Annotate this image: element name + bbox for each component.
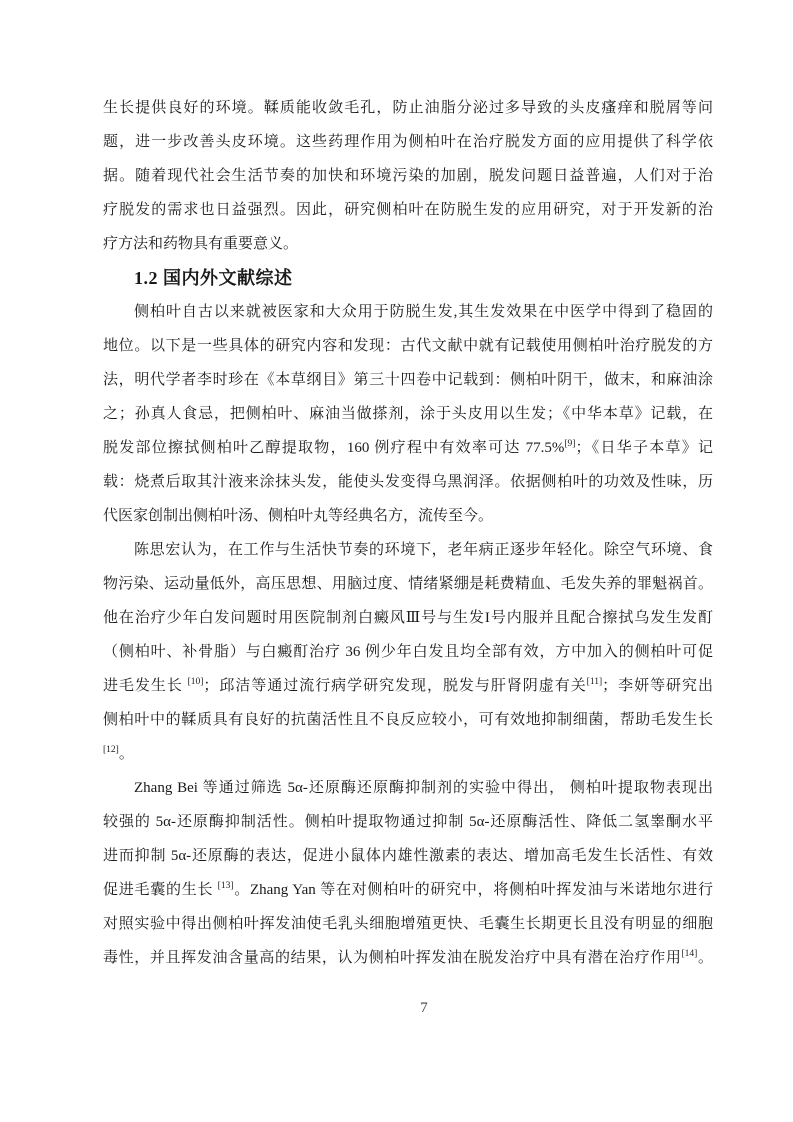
text-line: 陈思宏认为，在工作与生活快节奏的环境下，老年病正逐步年轻化。除空气环境、食 [103, 533, 713, 567]
text-line: 疗脱发的需求也日益强烈。因此，研究侧柏叶在防脱生发的应用研究，对于开发新的治 [103, 193, 713, 227]
text-line: 促进毛囊的生长 [13]。Zhang Yan 等在对侧柏叶的研究中，将侧柏叶挥发… [103, 873, 713, 907]
text-line: 他在治疗少年白发问题时用医院制剂白癜风Ⅲ号与生发I号内服并且配合擦拭乌发生发酊 [103, 601, 713, 635]
text-segment: Zhang Bei 等通过筛选 5α-还原酶还原酶抑制剂的实验中得出， 侧柏叶提… [134, 780, 713, 796]
text-segment: 毒性，并且挥发油含量高的结果，认为侧柏叶挥发油在脱发治疗中具有潜在治疗作用 [103, 950, 682, 966]
text-line: 生长提供良好的环境。鞣质能收敛毛孔，防止油脂分泌过多导致的头皮瘙痒和脱屑等问 [103, 91, 713, 125]
text-segment: 。 [119, 746, 134, 762]
text-segment: 较强的 5α-还原酶抑制活性。侧柏叶提取物通过抑制 5α-还原酶活性、降低二氢睾… [103, 814, 713, 830]
text-segment: 之；孙真人食忌，把侧柏叶、麻油当做搽剂，涂于头皮用以生发；《中华本草》记载，在 [103, 406, 713, 422]
text-segment: 对照实验中得出侧柏叶挥发油使毛乳头细胞增殖更快、毛囊生长期更长且没有明显的细胞 [103, 916, 713, 932]
citation-ref: [9] [564, 439, 575, 449]
text-segment: 促进毛囊的生长 [103, 882, 218, 898]
page-number: 7 [103, 997, 713, 1019]
citation-ref: [10] [188, 677, 204, 687]
text-line: （侧柏叶、补骨脂）与白癜酊治疗 36 例少年白发且均全部有效，方中加入的侧柏叶可… [103, 635, 713, 669]
text-segment: 疗脱发的需求也日益强烈。因此，研究侧柏叶在防脱生发的应用研究，对于开发新的治 [103, 202, 713, 218]
document-screenshot: { "colors": { "background": "#ffffff", "… [0, 0, 793, 1122]
text-segment: 生长提供良好的环境。鞣质能收敛毛孔，防止油脂分泌过多导致的头皮瘙痒和脱屑等问 [103, 100, 713, 116]
text-line: Zhang Bei 等通过筛选 5α-还原酶还原酶抑制剂的实验中得出， 侧柏叶提… [103, 771, 713, 805]
section-heading: 1.2 国内外文献综述 [103, 261, 713, 295]
text-line: [12]。 [103, 737, 713, 771]
text-line: 法，明代学者李时珍在《本草纲目》第三十四卷中记载到：侧柏叶阴干，做末，和麻油涂 [103, 363, 713, 397]
text-segment: 据。随着现代社会生活节奏的加快和环境污染的加剧，脱发问题日益普遍，人们对于治 [103, 168, 713, 184]
text-line: 侧柏叶自古以来就被医家和大众用于防脱生发,其生发效果在中医学中得到了稳固的 [103, 295, 713, 329]
text-segment: 侧柏叶自古以来就被医家和大众用于防脱生发,其生发效果在中医学中得到了稳固的 [134, 304, 713, 320]
text-line: 侧柏叶中的鞣质具有良好的抗菌活性且不良反应较小，可有效地抑制细菌，帮助毛发生长 [103, 703, 713, 737]
text-segment: 代医家创制出侧柏叶汤、侧柏叶丸等经典名方，流传至今。 [103, 508, 493, 524]
text-line: 地位。以下是一些具体的研究内容和发现：古代文献中就有记载使用侧柏叶治疗脱发的方 [103, 329, 713, 363]
text-segment: 疗方法和药物具有重要意义。 [103, 236, 298, 252]
text-line: 据。随着现代社会生活节奏的加快和环境污染的加剧，脱发问题日益普遍，人们对于治 [103, 159, 713, 193]
text-segment: 。Zhang Yan 等在对侧柏叶的研究中，将侧柏叶挥发油与米诺地尔进行 [234, 882, 713, 898]
paragraph: 侧柏叶自古以来就被医家和大众用于防脱生发,其生发效果在中医学中得到了稳固的地位。… [103, 295, 713, 533]
text-line: 之；孙真人食忌，把侧柏叶、麻油当做搽剂，涂于头皮用以生发；《中华本草》记载，在 [103, 397, 713, 431]
text-segment: 进毛发生长 [103, 678, 188, 694]
text-line: 代医家创制出侧柏叶汤、侧柏叶丸等经典名方，流传至今。 [103, 499, 713, 533]
paragraph: Zhang Bei 等通过筛选 5α-还原酶还原酶抑制剂的实验中得出， 侧柏叶提… [103, 771, 713, 975]
text-line: 较强的 5α-还原酶抑制活性。侧柏叶提取物通过抑制 5α-还原酶活性、降低二氢睾… [103, 805, 713, 839]
citation-ref: [11] [587, 677, 602, 687]
page: 生长提供良好的环境。鞣质能收敛毛孔，防止油脂分泌过多导致的头皮瘙痒和脱屑等问题，… [0, 0, 793, 1122]
text-line: 物污染、运动量低外，高压思想、用脑过度、情绪紧绷是耗费精血、毛发失养的罪魁祸首。 [103, 567, 713, 601]
text-segment: 侧柏叶中的鞣质具有良好的抗菌活性且不良反应较小，可有效地抑制细菌，帮助毛发生长 [103, 712, 713, 728]
text-segment: 载：烧煮后取其汁液来涂抹头发，能使头发变得乌黑润泽。依据侧柏叶的功效及性味，历 [103, 474, 713, 490]
text-segment: 脱发部位擦拭侧柏叶乙醇提取物，160 例疗程中有效率可达 77.5% [103, 440, 564, 456]
text-segment: 物污染、运动量低外，高压思想、用脑过度、情绪紧绷是耗费精血、毛发失养的罪魁祸首。 [103, 576, 713, 592]
text-line: 脱发部位擦拭侧柏叶乙醇提取物，160 例疗程中有效率可达 77.5%[9]；《日… [103, 431, 713, 465]
text-line: 疗方法和药物具有重要意义。 [103, 227, 713, 261]
text-segment: 地位。以下是一些具体的研究内容和发现：古代文献中就有记载使用侧柏叶治疗脱发的方 [103, 338, 713, 354]
text-segment: 陈思宏认为，在工作与生活快节奏的环境下，老年病正逐步年轻化。除空气环境、食 [134, 542, 713, 558]
text-line: 毒性，并且挥发油含量高的结果，认为侧柏叶挥发油在脱发治疗中具有潜在治疗作用[14… [103, 941, 713, 975]
paragraph: 生长提供良好的环境。鞣质能收敛毛孔，防止油脂分泌过多导致的头皮瘙痒和脱屑等问题，… [103, 91, 713, 261]
citation-ref: [12] [103, 745, 119, 755]
text-segment: 他在治疗少年白发问题时用医院制剂白癜风Ⅲ号与生发I号内服并且配合擦拭乌发生发酊 [103, 610, 713, 626]
text-segment: ；邱洁等通过流行病学研究发现，脱发与肝肾阴虚有关 [203, 678, 586, 694]
text-segment: 进而抑制 5α-还原酶的表达，促进小鼠体内雄性激素的表达、增加高毛发生长活性、有… [103, 848, 713, 864]
text-segment: 。 [697, 950, 713, 966]
text-block: 生长提供良好的环境。鞣质能收敛毛孔，防止油脂分泌过多导致的头皮瘙痒和脱屑等问题，… [103, 91, 713, 975]
text-line: 载：烧煮后取其汁液来涂抹头发，能使头发变得乌黑润泽。依据侧柏叶的功效及性味，历 [103, 465, 713, 499]
text-line: 进而抑制 5α-还原酶的表达，促进小鼠体内雄性激素的表达、增加高毛发生长活性、有… [103, 839, 713, 873]
citation-ref: [13] [218, 881, 234, 891]
citation-ref: [14] [682, 949, 698, 959]
text-line: 进毛发生长 [10]；邱洁等通过流行病学研究发现，脱发与肝肾阴虚有关[11]；李… [103, 669, 713, 703]
text-segment: 题，进一步改善头皮环境。这些药理作用为侧柏叶在治疗脱发方面的应用提供了科学依 [103, 134, 713, 150]
text-segment: ；《日华子本草》记 [575, 440, 713, 456]
paragraph: 陈思宏认为，在工作与生活快节奏的环境下，老年病正逐步年轻化。除空气环境、食物污染… [103, 533, 713, 771]
text-line: 题，进一步改善头皮环境。这些药理作用为侧柏叶在治疗脱发方面的应用提供了科学依 [103, 125, 713, 159]
text-segment: 法，明代学者李时珍在《本草纲目》第三十四卷中记载到：侧柏叶阴干，做末，和麻油涂 [103, 372, 713, 388]
text-segment: （侧柏叶、补骨脂）与白癜酊治疗 36 例少年白发且均全部有效，方中加入的侧柏叶可… [103, 644, 713, 660]
text-line: 对照实验中得出侧柏叶挥发油使毛乳头细胞增殖更快、毛囊生长期更长且没有明显的细胞 [103, 907, 713, 941]
text-segment: ；李妍等研究出 [602, 678, 713, 694]
